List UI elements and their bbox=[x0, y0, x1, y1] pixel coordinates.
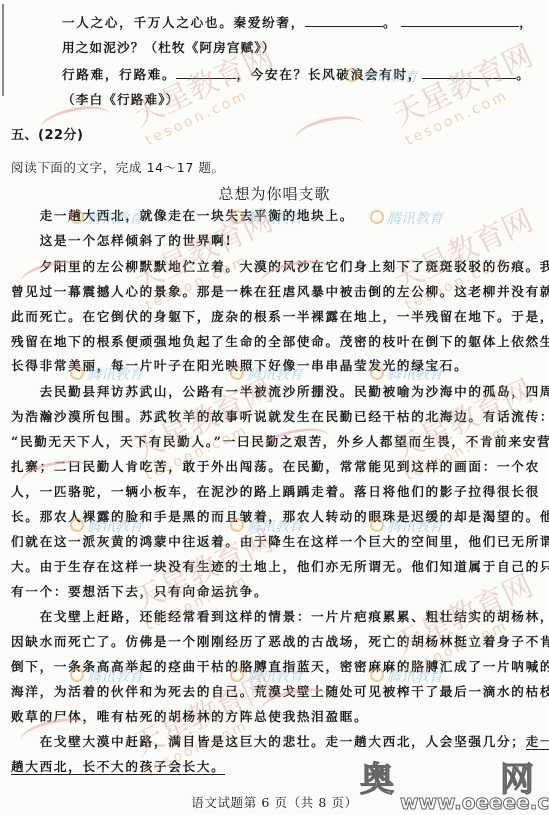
answer-blank[interactable] bbox=[305, 14, 383, 27]
tencent-logo-icon bbox=[370, 210, 384, 224]
article-line: 因缺水而死亡了。仿佛是一个刚刚经历了恶战的古战场，死亡的胡杨林挺立着身子不肯 bbox=[11, 634, 549, 650]
article-line: 此而死亡。在它倒伏的身躯下，庞杂的根系一半裸露在地上，一半残留在地下。于是， bbox=[11, 309, 549, 325]
article-line: 这是一个怎样倾斜了的世界啊! bbox=[11, 233, 233, 249]
watermark-swoosh-icon bbox=[258, 423, 332, 464]
article-line: 有一个：要想活下去，只有向命运抗争。 bbox=[11, 584, 268, 600]
article-line: 去民勤县拜访苏武山，公路有一半被流沙所掤没。民勤被喻为沙海中的孤岛，四周 bbox=[11, 384, 549, 400]
article-line: 为浩瀚沙漠所包围。苏武牧羊的故事听说就发生在民勤已经干枯的北海边。有话流传： bbox=[11, 409, 549, 425]
article-line: 趟大西北，长不大的孩子会长大。 bbox=[11, 759, 225, 775]
underlined-sentence: 走一 bbox=[526, 734, 549, 750]
article-line: 在戈壁大漠中赶路，满目皆是这巨大的悲壮。走一趟大西北，人会坚强几分；走一 bbox=[11, 734, 549, 750]
fill-in-line-1: 一人之心，千万人之心也。秦爱纷奢，。， bbox=[62, 14, 534, 31]
article-line: 人，一匹骆驼，一辆小板车，在泥沙的路上踽踽走着。落日将他们的影子拉得很长很 bbox=[11, 484, 540, 500]
article-line: 长。那农人裸露的脸和手是黑的而且皱着，那农人转动的眼珠是迟缓的却是渴望的。他 bbox=[11, 509, 549, 525]
watermark-tianxing: 天星教育网tesoon.com bbox=[384, 31, 545, 149]
section-instruction: 阅读下面的文字，完成 14～17 题。 bbox=[11, 160, 225, 176]
fill-in-line-4: （李白《行路难》） bbox=[62, 92, 179, 108]
answer-blank[interactable] bbox=[401, 14, 519, 27]
article-line: 在戈壁上赶路，还能经常看到这样的情景：一片片疤痕累累、粗壮结实的胡杨林， bbox=[11, 609, 549, 625]
punctuation: ， bbox=[519, 15, 533, 30]
poem-text: ，今安在？长风破浪会有时， bbox=[236, 67, 422, 82]
poem-text: 一人之心，千万人之心也。秦爱纷奢， bbox=[62, 15, 305, 30]
watermark-swoosh-icon bbox=[293, 111, 367, 152]
page-edge-rule bbox=[2, 4, 4, 96]
watermark-oeeee-url: www.oeeee.com bbox=[400, 790, 549, 814]
fill-in-line-3: 行路难，行路难。，今安在？长风破浪会有时，。 bbox=[62, 66, 530, 83]
answer-blank[interactable] bbox=[176, 66, 236, 79]
punctuation: 。 bbox=[383, 15, 397, 30]
fill-in-line-2: 用之如泥沙？（杜牧《阿房宫赋》） bbox=[62, 40, 276, 56]
answer-blank[interactable] bbox=[422, 66, 516, 79]
exam-page: 一人之心，千万人之心也。秦爱纷奢，。， 用之如泥沙？（杜牧《阿房宫赋》） 行路难… bbox=[0, 0, 549, 815]
watermark-text: 天星教育网 bbox=[388, 38, 539, 133]
article-line: 走一趟大西北，就像走在一块失去平衡的地块上。 bbox=[11, 208, 354, 224]
article-line: 倒下，一条条高高举起的痉曲干枯的胳膊直指蓝天，密密麻麻的胳膊汇成了一片呐喊的 bbox=[11, 659, 549, 675]
watermark-tencent: 腾讯教育 bbox=[370, 208, 443, 228]
article-line: 长得非常美丽，每一片叶子在阳光映照下好像一串串晶莹发光的绿宝石。 bbox=[11, 358, 468, 374]
article-title: 总想为你唱支歌 bbox=[0, 183, 549, 204]
punctuation: 。 bbox=[516, 67, 530, 82]
watermark-text: 腾讯教育 bbox=[387, 211, 443, 227]
article-line: 们就在这一派灰黄的鸿蒙中往返着。由于降生在这样一个巨大的空间里，他们已无所谓 bbox=[11, 534, 549, 550]
article-line: 大。由于生存在这样一块没有生迹的土地上，他们亦无所谓无。他们知道属于自己的只 bbox=[11, 559, 549, 575]
poem-text: 行路难，行路难。 bbox=[62, 67, 176, 82]
underlined-sentence: 趟大西北，长不大的孩子会长大。 bbox=[11, 759, 225, 775]
article-line: 残留在地下的根系便顽强地负起了生命的全部使命。茂密的枝叶在倒下的躯体上依然生 bbox=[11, 334, 549, 350]
watermark-oeeee-char: 奥 bbox=[360, 752, 394, 801]
